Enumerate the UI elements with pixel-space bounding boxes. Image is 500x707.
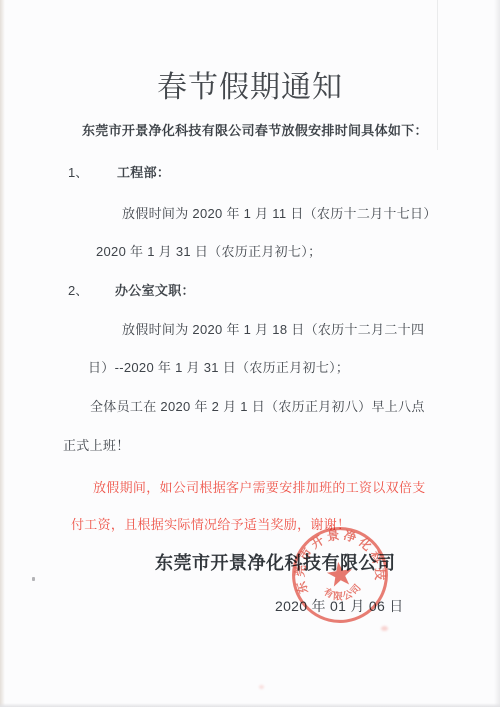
intro-line: 东莞市开景净化科技有限公司春节放假安排时间具体如下： [82,120,428,139]
resume-line1: 全体员工在 2020 年 2 月 1 日（农历正月初八）早上八点 [90,396,425,415]
svg-text:有限公司: 有限公司 [320,579,366,606]
ink-smudge [259,685,264,689]
ink-smudge [381,626,388,631]
resume-line2: 正式上班！ [63,435,130,454]
svg-text:东莞市开景净化科技: 东莞市开景净化科技 [289,524,390,596]
notice-document-page: 春节假期通知 东莞市开景净化科技有限公司春节放假安排时间具体如下： 1、 工程部… [0,0,500,707]
paper-edge-right [494,0,500,707]
company-seal-stamp: 东莞市开景净化科技 有限公司 [289,524,391,626]
item2-label: 办公室文职： [115,280,195,299]
item2-number: 2、 [68,280,88,299]
item2-line2: 日）--2020 年 1 月 31 日（农历正月初七）； [88,357,349,376]
item1-line1: 放假时间为 2020 年 1 月 11 日（农历十二月十七日） [122,203,437,222]
item1-number: 1、 [68,162,88,181]
notice-title: 春节假期通知 [0,62,500,106]
item1-label: 工程部： [117,162,170,181]
seal-star-icon [326,560,354,587]
seal-ring-text: 东莞市开景净化科技 [289,524,390,596]
seal-inner-text: 有限公司 [320,579,366,606]
item2-line1: 放假时间为 2020 年 1 月 18 日（农历十二月二十四 [122,319,424,338]
paper-edge-bottom [0,703,500,707]
overtime-notice-line1: 放假期间，如公司根据客户需要安排加班的工资以双倍支 [93,477,426,496]
paper-edge-left [0,0,5,707]
item1-line2: 2020 年 1 月 31 日（农历正月初七）； [96,241,321,260]
scan-speck [32,577,35,581]
